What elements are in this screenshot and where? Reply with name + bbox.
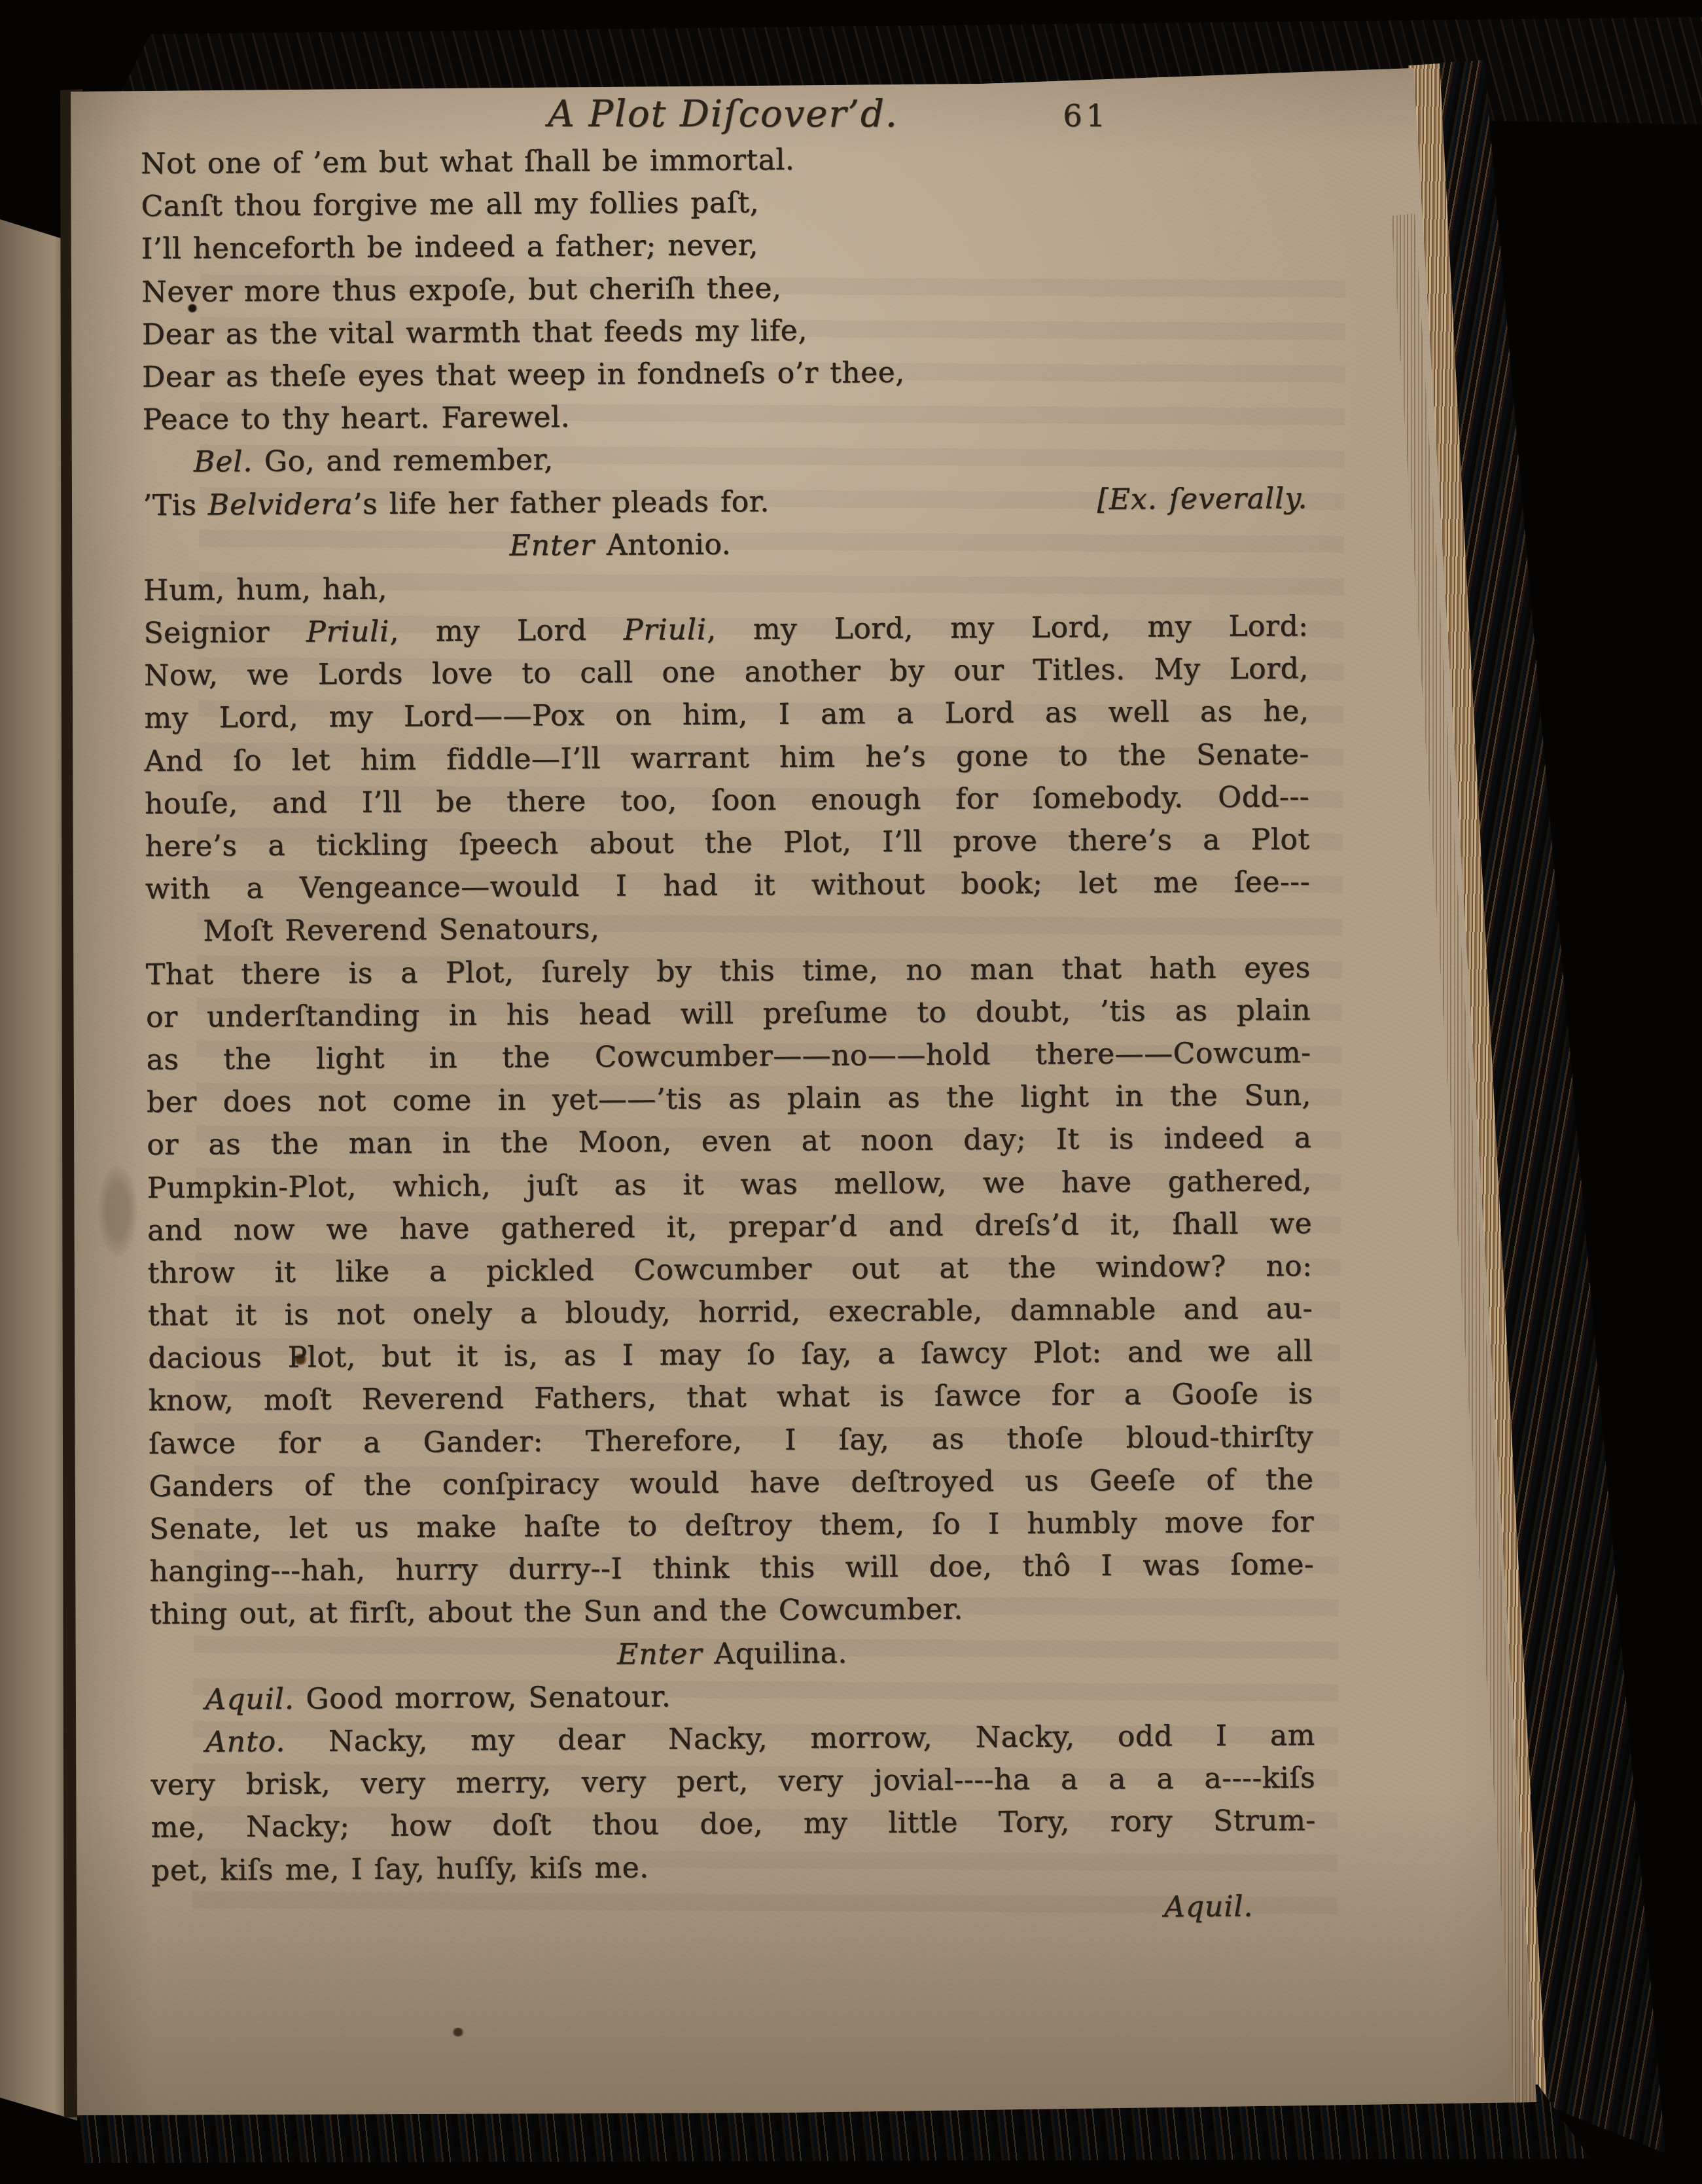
- stage-direction: Enter Aquilina.: [150, 1629, 1315, 1679]
- text-line: throw it like a pickled Cowcumber out at…: [147, 1245, 1312, 1295]
- text-line: ſawce for a Gander: Therefore, I ſay, as…: [149, 1416, 1313, 1465]
- text-line: here’s a tickling ſpeech about the Plot,…: [145, 818, 1309, 868]
- text-line: Bel. Go, and remember,: [143, 434, 1307, 484]
- text-line: That there is a Plot, ſurely by this tim…: [146, 946, 1311, 996]
- text-line: Senate, let us make haſte to deſtroy the…: [149, 1501, 1314, 1550]
- text-line: and now we have gathered it, prepar’d an…: [147, 1202, 1312, 1252]
- text-line: Moſt Reverend Senatours,: [145, 903, 1310, 953]
- text-line: Peace to thy heart. Farewel.: [142, 391, 1307, 441]
- text-line: ber does not come in yet——’tis as plain …: [147, 1074, 1311, 1124]
- text-line: houſe, and I’ll be there too, ſoon enoug…: [145, 776, 1309, 825]
- text-line: very brisk, very merry, very pert, very …: [151, 1757, 1315, 1806]
- text-line: Seignior Priuli, my Lord Priuli, my Lord…: [143, 605, 1308, 654]
- text-line: hanging---hah, hurry durry--I think this…: [149, 1543, 1314, 1593]
- stage-direction: Enter Antonio.: [143, 520, 1308, 569]
- text-line: me, Nacky; how doſt thou doe, my little …: [151, 1799, 1316, 1849]
- text-line: Dear as theſe eyes that weep in fondneſs…: [142, 349, 1307, 399]
- stain: [98, 1165, 137, 1257]
- text-line: Never more thus expoſe, but cheriſh thee…: [141, 264, 1306, 313]
- running-head: A Plot Diſcover’d. 61: [141, 93, 1305, 135]
- text-line: [Ex. ſeverally.’Tis Belvidera’s life her…: [143, 477, 1307, 527]
- text-line: or underſtanding in his head will preſum…: [146, 989, 1311, 1039]
- stage-direction: [Ex. ſeverally.: [1097, 477, 1307, 521]
- book-photo: A Plot Diſcover’d. 61 Not one of ’em but…: [0, 0, 1702, 2184]
- text-line: Not one of ’em but what ſhall be immorta…: [141, 135, 1305, 185]
- line-text: ’Tis Belvidera’s life her father pleads …: [143, 485, 770, 522]
- text-line: Anto. Nacky, my dear Nacky, morrow, Nack…: [151, 1714, 1315, 1764]
- text-line: Canſt thou forgive me all my follies paſ…: [141, 178, 1305, 228]
- running-head-title: A Plot Diſcover’d.: [548, 93, 898, 135]
- text-line: that it is not onely a bloudy, horrid, e…: [148, 1287, 1313, 1337]
- text-line: as the light in the Cowcumber——no——hold …: [146, 1031, 1311, 1081]
- text-line: And ſo let him fiddle—I’ll warrant him h…: [145, 733, 1309, 783]
- text-line: I’ll henceforth be indeed a father; neve…: [141, 221, 1306, 270]
- text-line: my Lord, my Lord——Pox on him, I am a Lor…: [144, 690, 1309, 740]
- text-line: Dear as the vital warmth that feeds my l…: [142, 306, 1307, 356]
- text-line: pet, kiſs me, I ſay, huſſy, kiſs me.: [151, 1842, 1316, 1892]
- text-line: or as the man in the Moon, even at noon …: [147, 1117, 1311, 1166]
- catchword: Aquil.: [151, 1885, 1316, 1935]
- text-line: know, moſt Reverend Fathers, that what i…: [149, 1373, 1313, 1423]
- text-line: Pumpkin-Plot, which, juſt as it was mell…: [147, 1160, 1312, 1209]
- page-number: 61: [1063, 98, 1109, 134]
- text-line: Hum, hum, hah,: [143, 562, 1308, 612]
- text-line: Ganders of the conſpiracy would have deſ…: [149, 1458, 1313, 1508]
- text-line: Aquil. Good morrow, Senatour.: [150, 1672, 1315, 1721]
- ink-blot: [452, 2028, 465, 2037]
- text-line: with a Vengeance—would I had it without …: [145, 861, 1310, 910]
- text-line: Now, we Lords love to call one another b…: [144, 647, 1309, 697]
- text-line: thing out, at firſt, about the Sun and t…: [150, 1586, 1315, 1636]
- text-block: Not one of ’em but what ſhall be immorta…: [141, 135, 1317, 1935]
- text-line: dacious Plot, but it is, as I may ſo ſay…: [148, 1330, 1313, 1380]
